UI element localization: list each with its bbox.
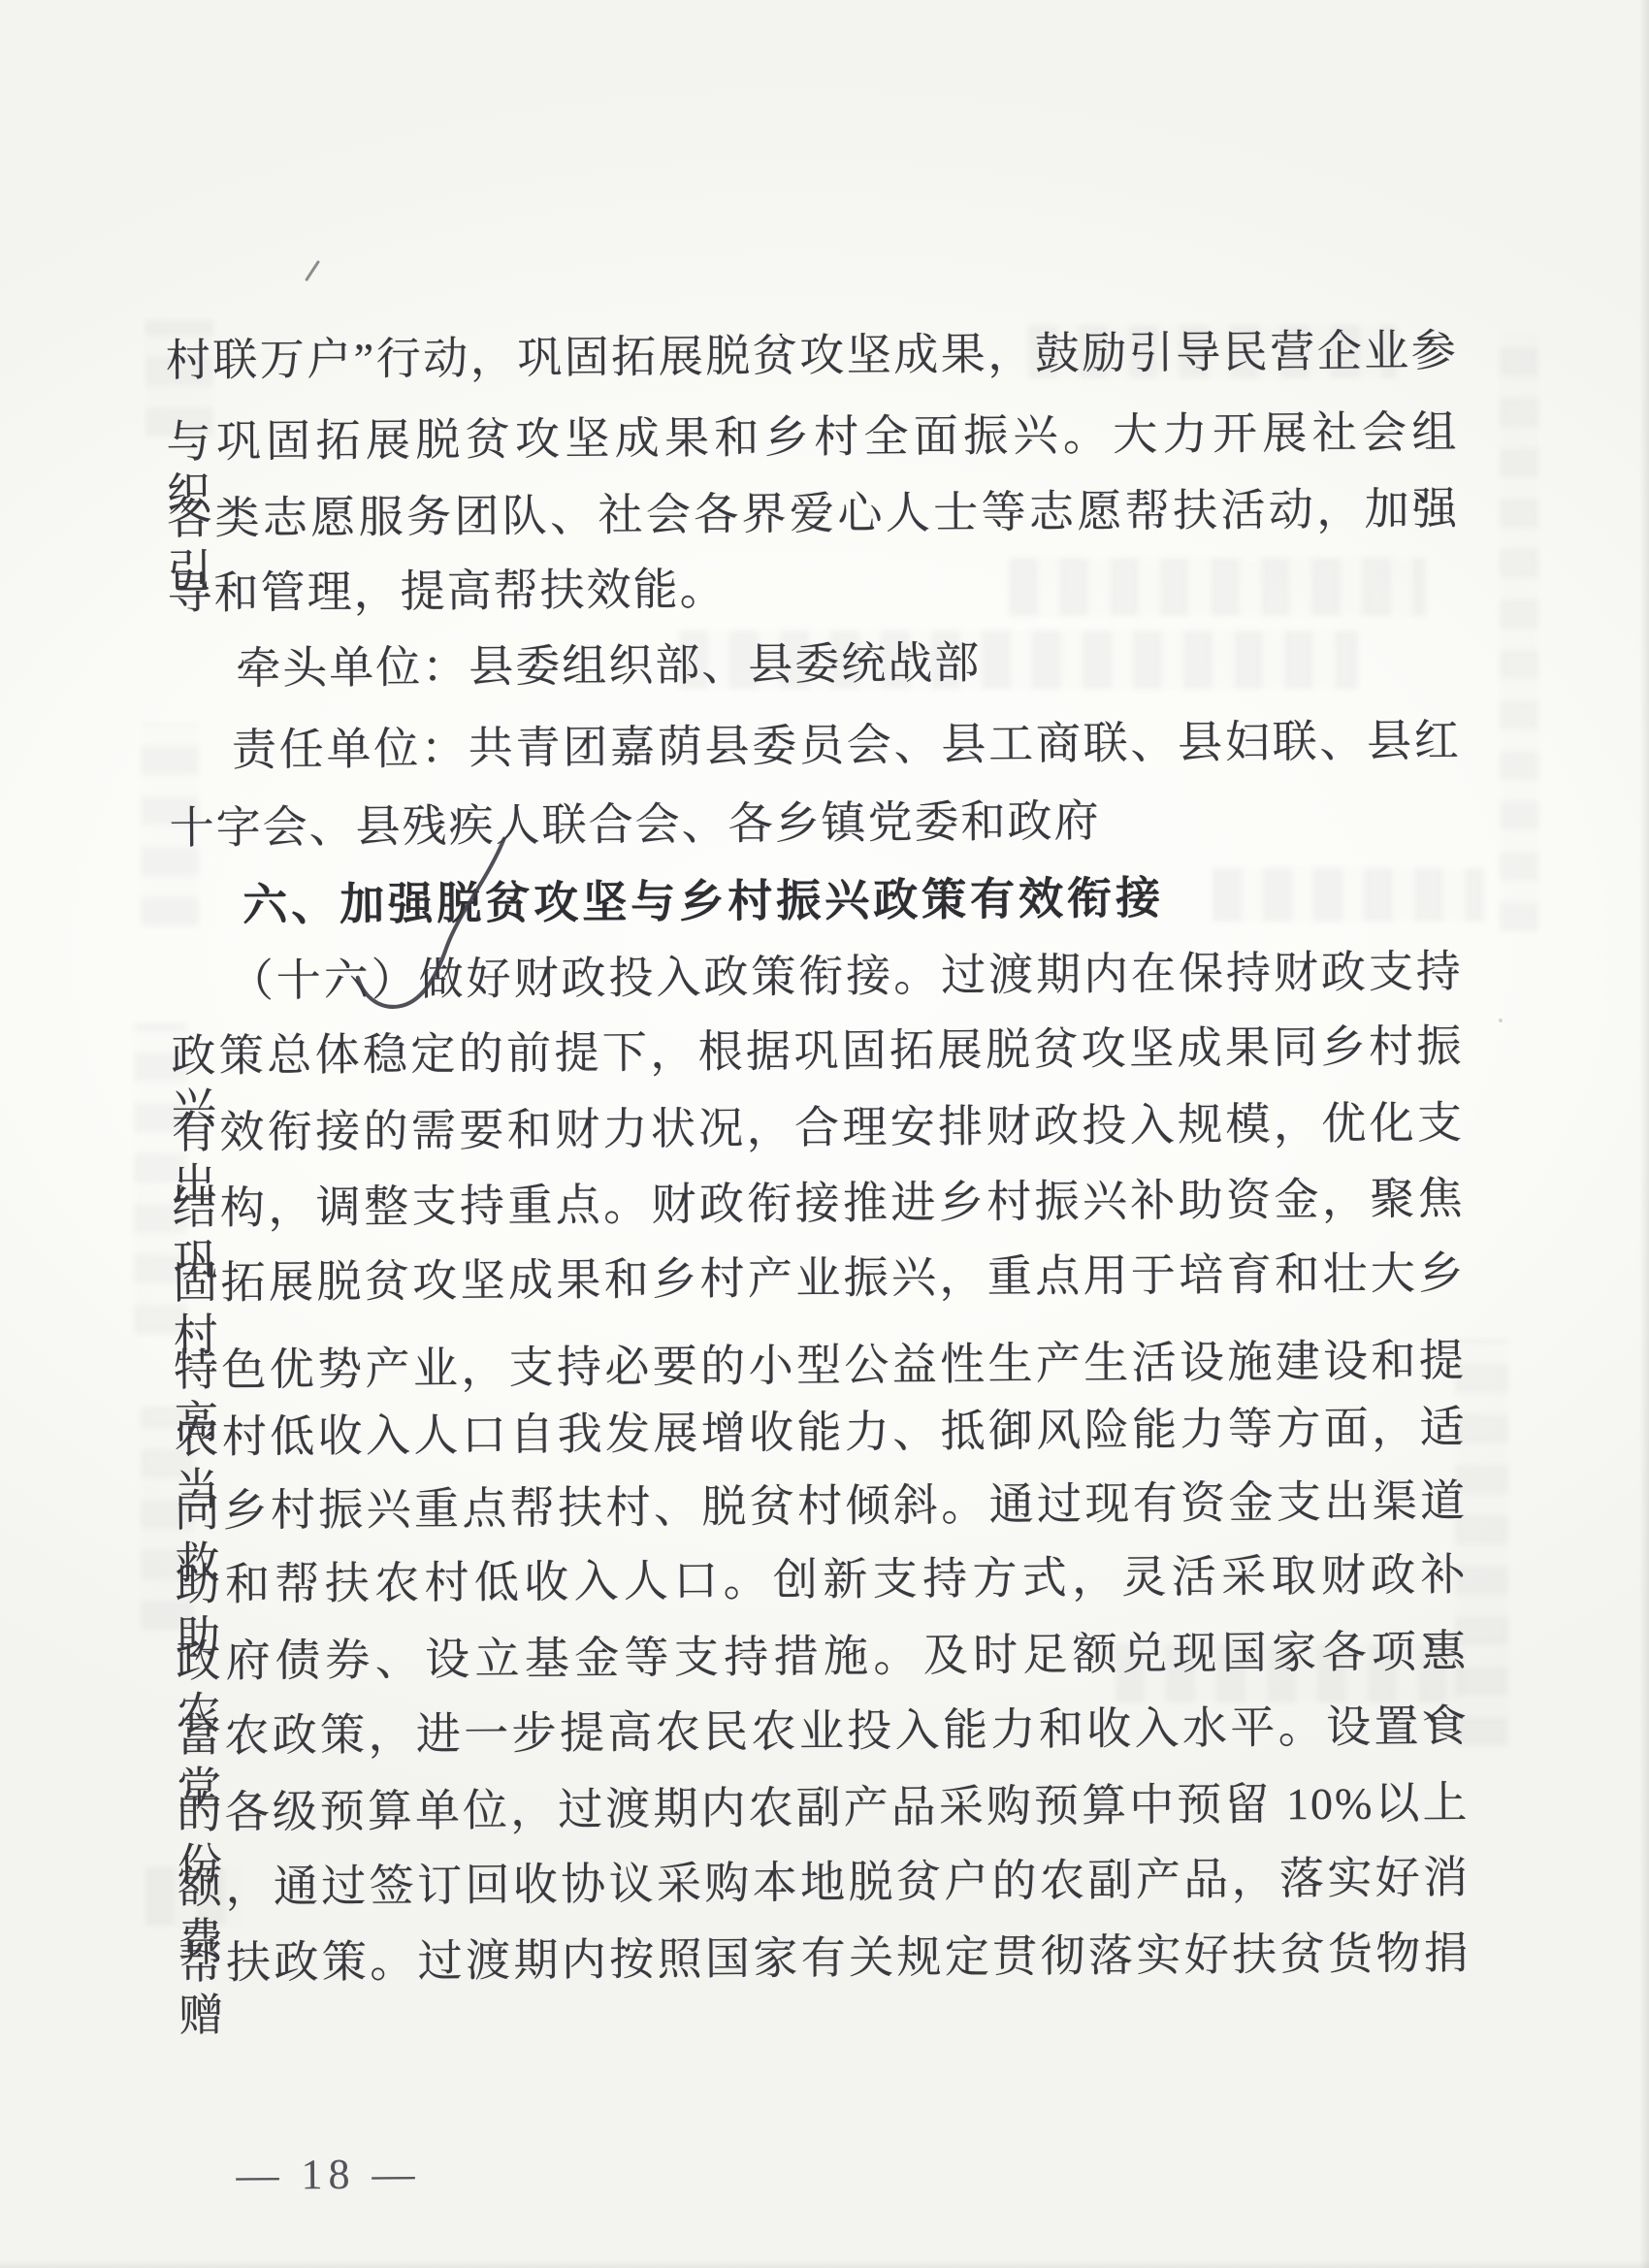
section-six-heading: 六、加强脱贫攻坚与乡村振兴政策有效衔接: [170, 868, 1535, 931]
scan-edge-shadow: [0, 2260, 1649, 2268]
lead-unit-line: 牵头单位：县委组织部、县委统战部: [168, 632, 1528, 696]
responsible-unit-line-1: 责任单位：共青团嘉荫县委员会、县工商联、县妇联、县红: [169, 715, 1461, 778]
body-line: 帮扶政策。过渡期内按照国家有关规定贯彻落实好扶贫货物捐赠: [178, 1928, 1471, 2043]
clause-16-line: （十六）做好财政投入政策衔接。过渡期内在保持财政支持: [171, 946, 1463, 1009]
small-ink-tick: [307, 262, 318, 279]
scan-edge-shadow: [1639, 0, 1649, 2268]
responsible-unit-line-2: 十字会、县残疾人联合会、各乡镇党委和政府: [169, 793, 1461, 856]
body-line: 导和管理，提高帮扶效能。: [167, 558, 1459, 621]
body-line: 村联万户”行动，巩固拓展脱贫攻坚成果，鼓励引导民营企业参: [166, 325, 1458, 388]
scanned-page: 村联万户”行动，巩固拓展脱贫攻坚成果，鼓励引导民营企业参 与巩固拓展脱贫攻坚成果…: [0, 0, 1649, 2268]
page-content: 村联万户”行动，巩固拓展脱贫攻坚成果，鼓励引导民营企业参 与巩固拓展脱贫攻坚成果…: [0, 0, 1649, 2268]
page-number: — 18 —: [236, 2149, 420, 2199]
